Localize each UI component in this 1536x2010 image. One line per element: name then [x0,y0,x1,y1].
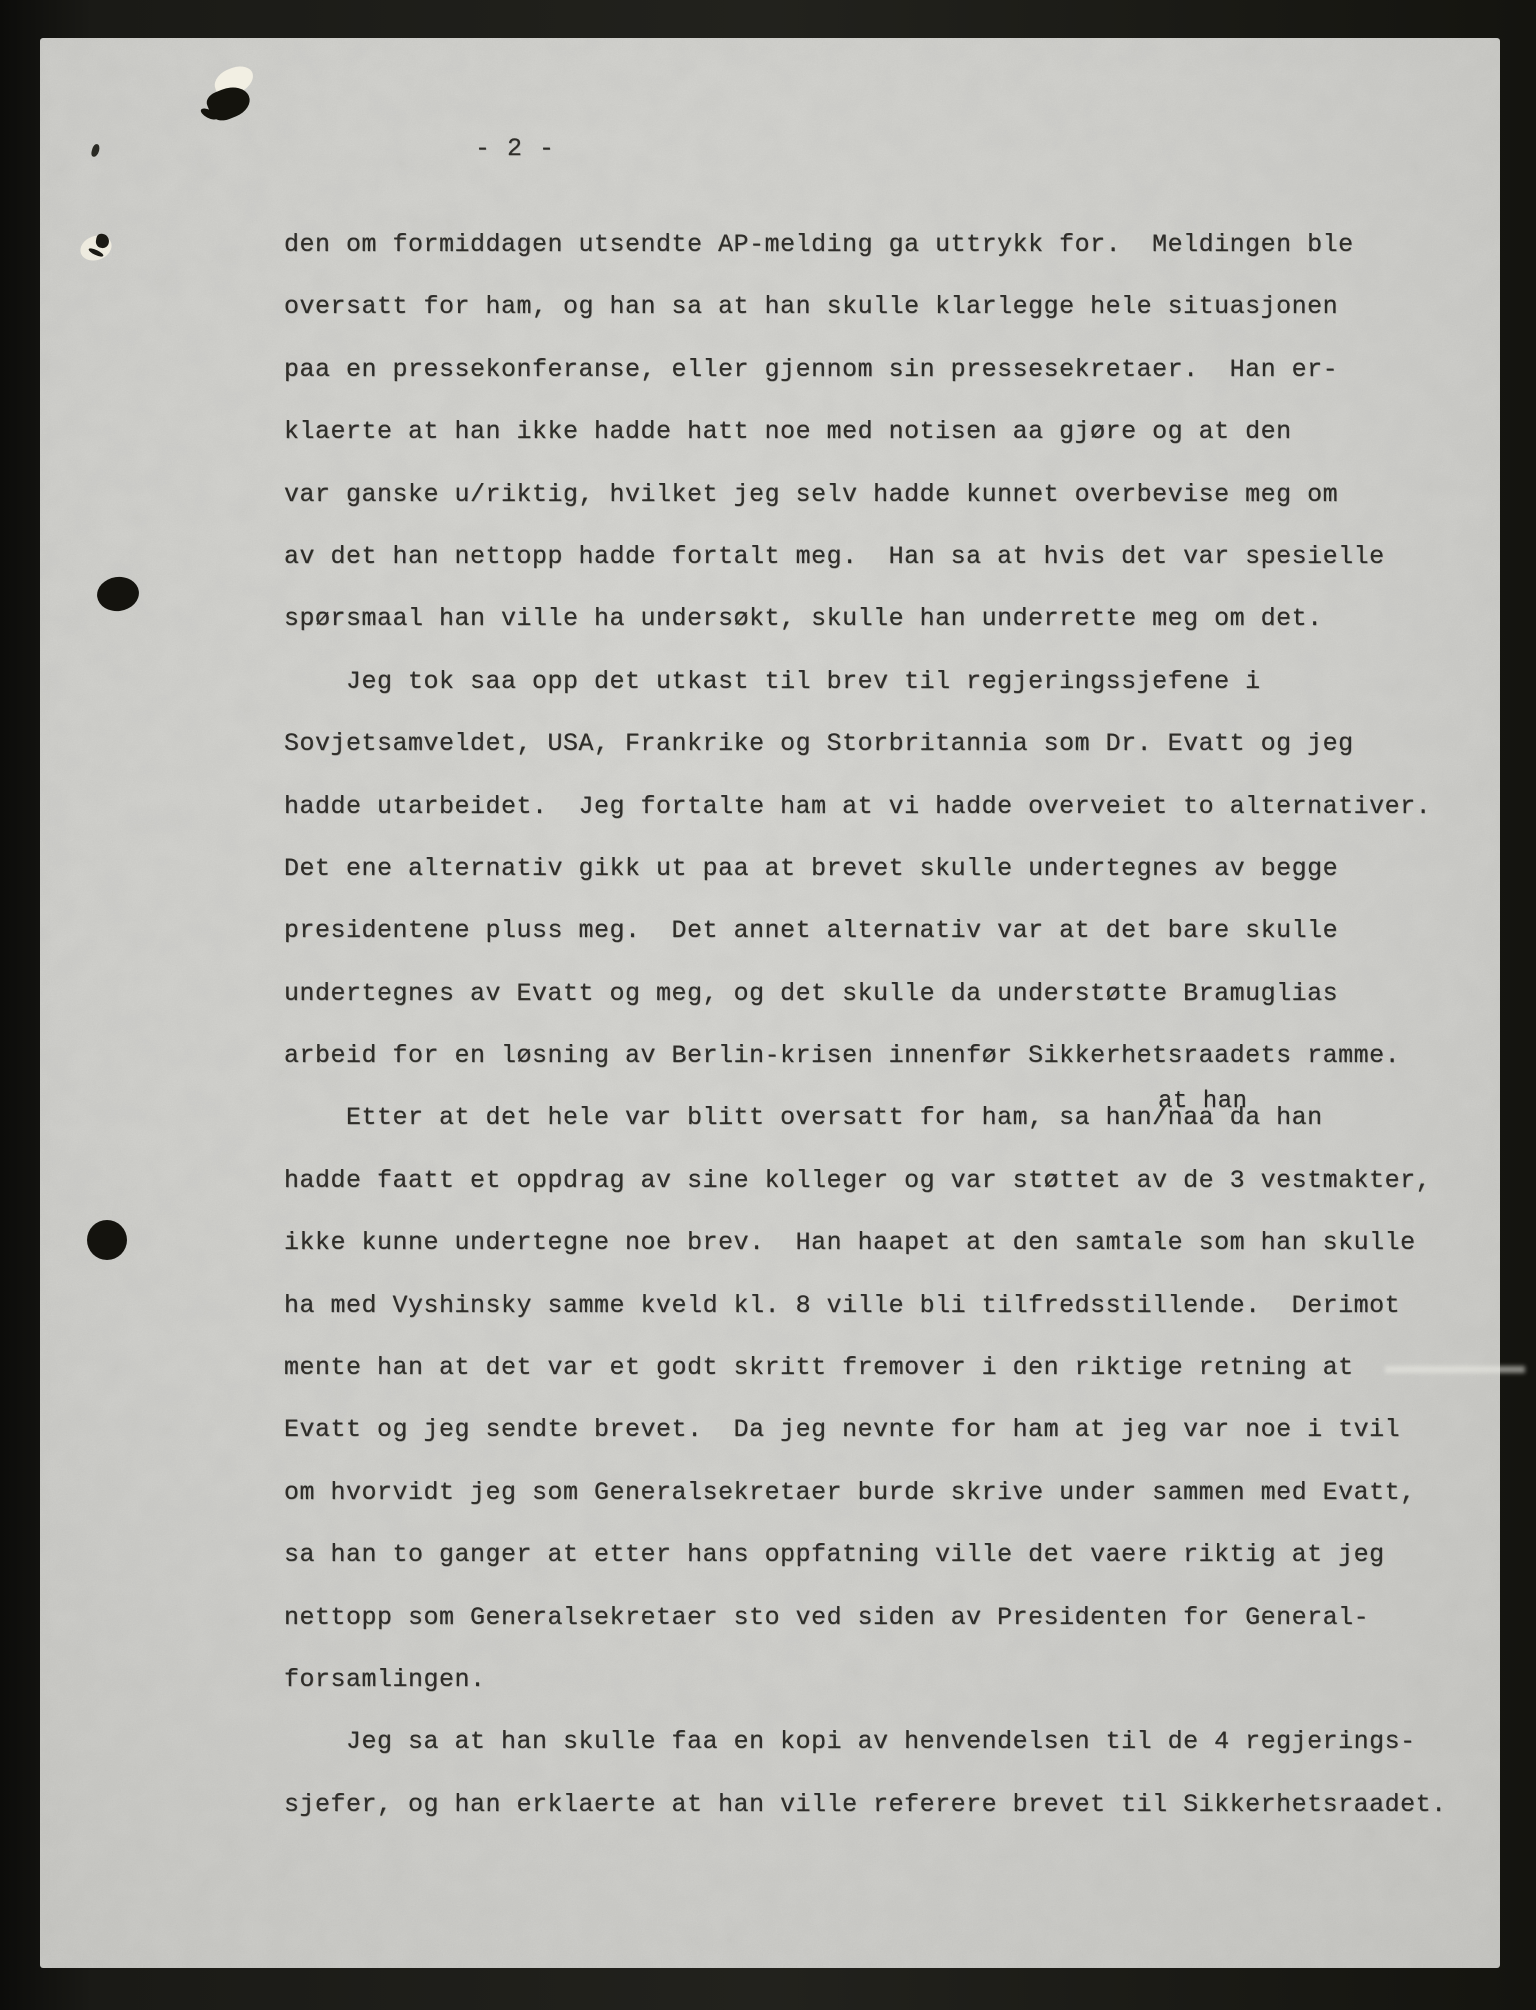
text-line: sjefer, og han erklaerte at han ville re… [284,1774,1524,1836]
text-line: Jeg sa at han skulle faa en kopi av henv… [284,1711,1524,1773]
text-line: undertegnes av Evatt og meg, og det skul… [284,963,1524,1025]
text-line: Det ene alternativ gikk ut paa at brevet… [284,838,1524,900]
text-line: om hvorvidt jeg som Generalsekretaer bur… [284,1462,1524,1524]
ink-speck-upper [90,143,100,157]
text-line: var ganske u/riktig, hvilket jeg selv ha… [284,464,1524,526]
text-line: den om formiddagen utsendte AP-melding g… [284,214,1524,276]
hole-punch-top [95,574,141,614]
text-line: presidentene pluss meg. Det annet altern… [284,900,1524,962]
typewritten-text-block: den om formiddagen utsendte AP-melding g… [284,214,1524,1836]
text-line: paa en pressekonferanse, eller gjennom s… [284,339,1524,401]
text-line: nettopp som Generalsekretaer sto ved sid… [284,1587,1524,1649]
text-line: av det han nettopp hadde fortalt meg. Ha… [284,526,1524,588]
hole-punch-bottom [87,1220,127,1260]
text-line: arbeid for en løsning av Berlin-krisen i… [284,1025,1524,1087]
paper-sheet: - 2 - at han den om formiddagen utsendte… [40,38,1500,1968]
text-line: spørsmaal han ville ha undersøkt, skulle… [284,588,1524,650]
text-line: klaerte at han ikke hadde hatt noe med n… [284,401,1524,463]
text-line: sa han to ganger at etter hans oppfatnin… [284,1524,1524,1586]
text-line: hadde faatt et oppdrag av sine kolleger … [284,1150,1524,1212]
text-line: Evatt og jeg sendte brevet. Da jeg nevnt… [284,1399,1524,1461]
text-line: hadde utarbeidet. Jeg fortalte ham at vi… [284,776,1524,838]
text-line: mente han at det var et godt skritt frem… [284,1337,1524,1399]
text-line: Jeg tok saa opp det utkast til brev til … [284,651,1524,713]
text-line: ikke kunne undertegne noe brev. Han haap… [284,1212,1524,1274]
text-line: oversatt for ham, og han sa at han skull… [284,276,1524,338]
text-line: ha med Vyshinsky samme kveld kl. 8 ville… [284,1275,1524,1337]
text-line: Sovjetsamveldet, USA, Frankrike og Storb… [284,713,1524,775]
text-line: Etter at det hele var blitt oversatt for… [284,1087,1524,1149]
scan-background: { "document": { "page_number": "- 2 -", … [0,0,1536,2010]
page-number: - 2 - [475,134,555,163]
text-line: forsamlingen. [284,1649,1524,1711]
